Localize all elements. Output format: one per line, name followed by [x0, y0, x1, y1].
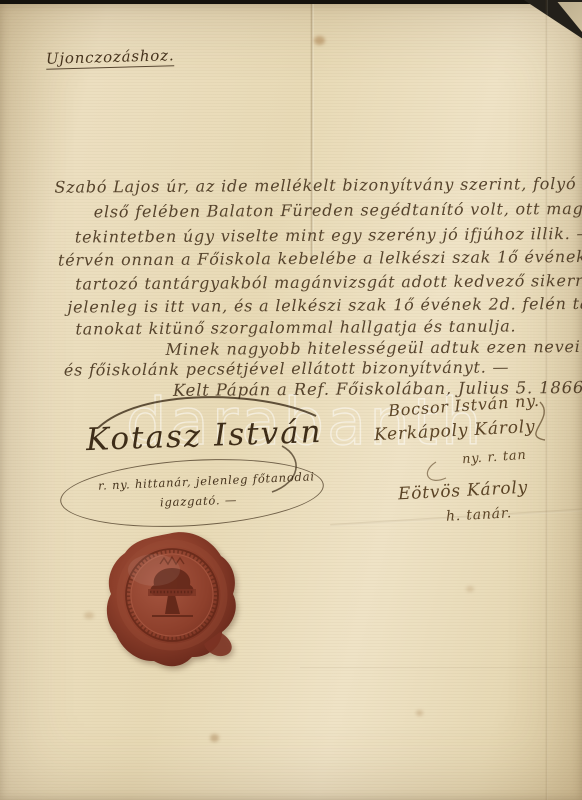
body-line-2: első felében Balaton Füreden segédtanító…	[94, 198, 582, 221]
body-line-1: Szabó Lajos úr, az ide mellékelt bizonyí…	[54, 174, 582, 197]
document-photo: Ujonczozáshoz. Szabó Lajos úr, az ide me…	[0, 0, 582, 800]
signature-director-title-2: igazgató. —	[160, 493, 238, 510]
wax-seal	[102, 528, 244, 670]
body-line-4: térvén onnan a Főiskola kebelébe a lelké…	[58, 246, 582, 269]
body-line-5: tartozó tantárgyakból magánvizsgát adott…	[75, 271, 582, 294]
body-line-3: tekintetben úgy viselte mint egy szerény…	[75, 224, 582, 247]
attestation-line-2: és főiskolánk pecsétjével ellátott bizon…	[64, 357, 510, 379]
attestation-line-1: Minek nagyobb hitelességeül adtuk ezen n…	[166, 336, 582, 359]
body-line-6: jelenleg is itt van, és a lelkészi szak …	[67, 294, 582, 317]
body-line-7: tanokat kitünő szorgalommal hallgatja és…	[75, 316, 516, 338]
